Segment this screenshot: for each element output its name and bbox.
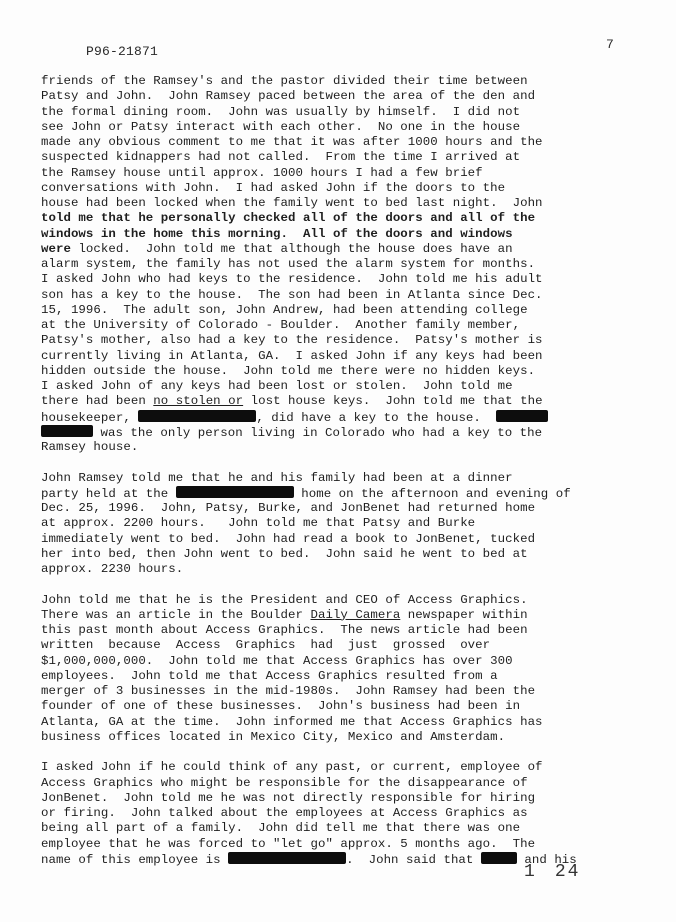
text-segment: the formal dining room. John was usually…: [41, 105, 520, 119]
text-line: Dec. 25, 1996. John, Patsy, Burke, and J…: [41, 501, 641, 516]
bates-stamp: 124: [524, 862, 598, 882]
text-segment: locked. John told me that although the h…: [71, 242, 513, 256]
text-segment: suspected kidnappers had not called. Fro…: [41, 150, 520, 164]
text-segment: party held at the: [41, 487, 176, 501]
paragraph-gap: [41, 455, 641, 470]
text-line: immediately went to bed. John had read a…: [41, 532, 641, 547]
text-line: was the only person living in Colorado w…: [41, 425, 641, 440]
redaction-block: [138, 410, 256, 422]
text-line: JonBenet. John told me he was not direct…: [41, 791, 641, 806]
text-segment: see John or Patsy interact with each oth…: [41, 120, 520, 134]
text-line: son has a key to the house. The son had …: [41, 288, 641, 303]
text-line: conversations with John. I had asked Joh…: [41, 181, 641, 196]
text-line: housekeeper, , did have a key to the hou…: [41, 410, 641, 425]
paragraph-gap: [41, 745, 641, 760]
text-line: John Ramsey told me that he and his fami…: [41, 471, 641, 486]
text-segment: Dec. 25, 1996. John, Patsy, Burke, and J…: [41, 501, 535, 515]
text-segment: lost house keys. John told me that the: [243, 394, 542, 408]
text-segment: housekeeper,: [41, 411, 138, 425]
text-line: approx. 2230 hours.: [41, 562, 641, 577]
text-segment: John Ramsey told me that he and his fami…: [41, 471, 513, 485]
text-segment: were: [41, 242, 71, 256]
text-line: house had been locked when the family we…: [41, 196, 641, 211]
text-line: John told me that he is the President an…: [41, 593, 641, 608]
text-segment: employees. John told me that Access Grap…: [41, 669, 498, 683]
text-line: Ramsey house.: [41, 440, 641, 455]
text-segment: There was an article in the Boulder: [41, 608, 310, 622]
text-line: currently living in Atlanta, GA. I asked…: [41, 349, 641, 364]
text-segment: at the University of Colorado - Boulder.…: [41, 318, 520, 332]
text-line: or firing. John talked about the employe…: [41, 806, 641, 821]
text-segment: windows in the home this morning. All of…: [41, 227, 513, 241]
text-line: Patsy and John. John Ramsey paced betwee…: [41, 89, 641, 104]
text-line: 15, 1996. The adult son, John Andrew, ha…: [41, 303, 641, 318]
text-segment: . John said that: [346, 853, 481, 867]
text-line: at the University of Colorado - Boulder.…: [41, 318, 641, 333]
case-number: P96-21871: [86, 44, 158, 59]
text-segment: founder of one of these businesses. John…: [41, 699, 520, 713]
bates-stamp-right: 24: [555, 862, 581, 882]
text-segment: , did have a key to the house.: [256, 411, 496, 425]
text-line: being all part of a family. John did tel…: [41, 821, 641, 836]
text-segment: was the only person living in Colorado w…: [93, 426, 542, 440]
text-line: at approx. 2200 hours. John told me that…: [41, 516, 641, 531]
text-segment: Patsy and John. John Ramsey paced betwee…: [41, 89, 535, 103]
text-line: friends of the Ramsey's and the pastor d…: [41, 74, 641, 89]
text-segment: being all part of a family. John did tel…: [41, 821, 520, 835]
text-segment: home on the afternoon and evening of: [294, 487, 571, 501]
text-line: her into bed, then John went to bed. Joh…: [41, 547, 641, 562]
text-segment: hidden outside the house. John told me t…: [41, 364, 535, 378]
text-segment: JonBenet. John told me he was not direct…: [41, 791, 535, 805]
text-segment: told me that he personally checked all o…: [41, 211, 535, 225]
text-segment: immediately went to bed. John had read a…: [41, 532, 535, 546]
text-segment: Atlanta, GA at the time. John informed m…: [41, 715, 543, 729]
text-segment: newspaper within: [400, 608, 527, 622]
text-segment: this past month about Access Graphics. T…: [41, 623, 528, 637]
text-line: I asked John who had keys to the residen…: [41, 272, 641, 287]
text-line: alarm system, the family has not used th…: [41, 257, 641, 272]
redaction-block: [481, 852, 517, 864]
text-line: I asked John of any keys had been lost o…: [41, 379, 641, 394]
text-segment: approx. 2230 hours.: [41, 562, 183, 576]
text-line: party held at the home on the afternoon …: [41, 486, 641, 501]
text-line: were locked. John told me that although …: [41, 242, 641, 257]
text-segment: business offices located in Mexico City,…: [41, 730, 505, 744]
text-line: windows in the home this morning. All of…: [41, 227, 641, 242]
text-segment: alarm system, the family has not used th…: [41, 257, 535, 271]
paragraph: John told me that he is the President an…: [41, 593, 641, 746]
text-segment: Ramsey house.: [41, 440, 138, 454]
text-segment: John told me that he is the President an…: [41, 593, 528, 607]
text-segment: son has a key to the house. The son had …: [41, 288, 543, 302]
text-segment: conversations with John. I had asked Joh…: [41, 181, 505, 195]
text-segment: Patsy's mother, also had a key to the re…: [41, 333, 543, 347]
text-segment: name of this employee is: [41, 853, 228, 867]
text-segment: her into bed, then John went to bed. Joh…: [41, 547, 528, 561]
redaction-block: [176, 486, 294, 498]
text-line: employee that he was forced to "let go" …: [41, 837, 641, 852]
text-line: there had been no stolen or lost house k…: [41, 394, 641, 409]
paragraph: I asked John if he could think of any pa…: [41, 760, 641, 867]
text-segment: the Ramsey house until approx. 1000 hour…: [41, 166, 483, 180]
text-segment: friends of the Ramsey's and the pastor d…: [41, 74, 528, 88]
text-segment: Access Graphics who might be responsible…: [41, 776, 528, 790]
text-segment: house had been locked when the family we…: [41, 196, 543, 210]
text-segment: I asked John of any keys had been lost o…: [41, 379, 513, 393]
text-segment: at approx. 2200 hours. John told me that…: [41, 516, 475, 530]
text-line: I asked John if he could think of any pa…: [41, 760, 641, 775]
text-segment: there had been: [41, 394, 153, 408]
text-line: Atlanta, GA at the time. John informed m…: [41, 715, 641, 730]
text-line: this past month about Access Graphics. T…: [41, 623, 641, 638]
text-line: $1,000,000,000. John told me that Access…: [41, 654, 641, 669]
text-segment: or firing. John talked about the employe…: [41, 806, 528, 820]
text-line: made any obvious comment to me that it w…: [41, 135, 641, 150]
text-line: the formal dining room. John was usually…: [41, 105, 641, 120]
text-line: founder of one of these businesses. John…: [41, 699, 641, 714]
page-number: 7: [606, 37, 614, 52]
text-line: the Ramsey house until approx. 1000 hour…: [41, 166, 641, 181]
document-body: friends of the Ramsey's and the pastor d…: [41, 74, 641, 867]
text-segment: made any obvious comment to me that it w…: [41, 135, 543, 149]
paragraph-gap: [41, 577, 641, 592]
redaction-block: [496, 410, 548, 422]
redaction-block: [41, 425, 93, 437]
text-line: written because Access Graphics had just…: [41, 638, 641, 653]
underlined-text: no stolen or: [153, 394, 243, 408]
document-page: P96-21871 7 friends of the Ramsey's and …: [0, 0, 676, 922]
text-line: suspected kidnappers had not called. Fro…: [41, 150, 641, 165]
text-segment: $1,000,000,000. John told me that Access…: [41, 654, 513, 668]
text-segment: merger of 3 businesses in the mid-1980s.…: [41, 684, 535, 698]
text-line: Access Graphics who might be responsible…: [41, 776, 641, 791]
paragraph: friends of the Ramsey's and the pastor d…: [41, 74, 641, 455]
paragraph: John Ramsey told me that he and his fami…: [41, 471, 641, 578]
bates-stamp-left: 1: [524, 862, 537, 882]
text-line: There was an article in the Boulder Dail…: [41, 608, 641, 623]
text-segment: currently living in Atlanta, GA. I asked…: [41, 349, 543, 363]
text-segment: I asked John who had keys to the residen…: [41, 272, 543, 286]
text-line: see John or Patsy interact with each oth…: [41, 120, 641, 135]
text-line: merger of 3 businesses in the mid-1980s.…: [41, 684, 641, 699]
text-line: business offices located in Mexico City,…: [41, 730, 641, 745]
text-segment: 15, 1996. The adult son, John Andrew, ha…: [41, 303, 528, 317]
text-line: employees. John told me that Access Grap…: [41, 669, 641, 684]
text-segment: written because Access Graphics had just…: [41, 638, 490, 652]
text-line: told me that he personally checked all o…: [41, 211, 641, 226]
redaction-block: [228, 852, 346, 864]
text-line: hidden outside the house. John told me t…: [41, 364, 641, 379]
text-segment: employee that he was forced to "let go" …: [41, 837, 535, 851]
underlined-text: Daily Camera: [310, 608, 400, 622]
text-line: Patsy's mother, also had a key to the re…: [41, 333, 641, 348]
text-segment: I asked John if he could think of any pa…: [41, 760, 543, 774]
